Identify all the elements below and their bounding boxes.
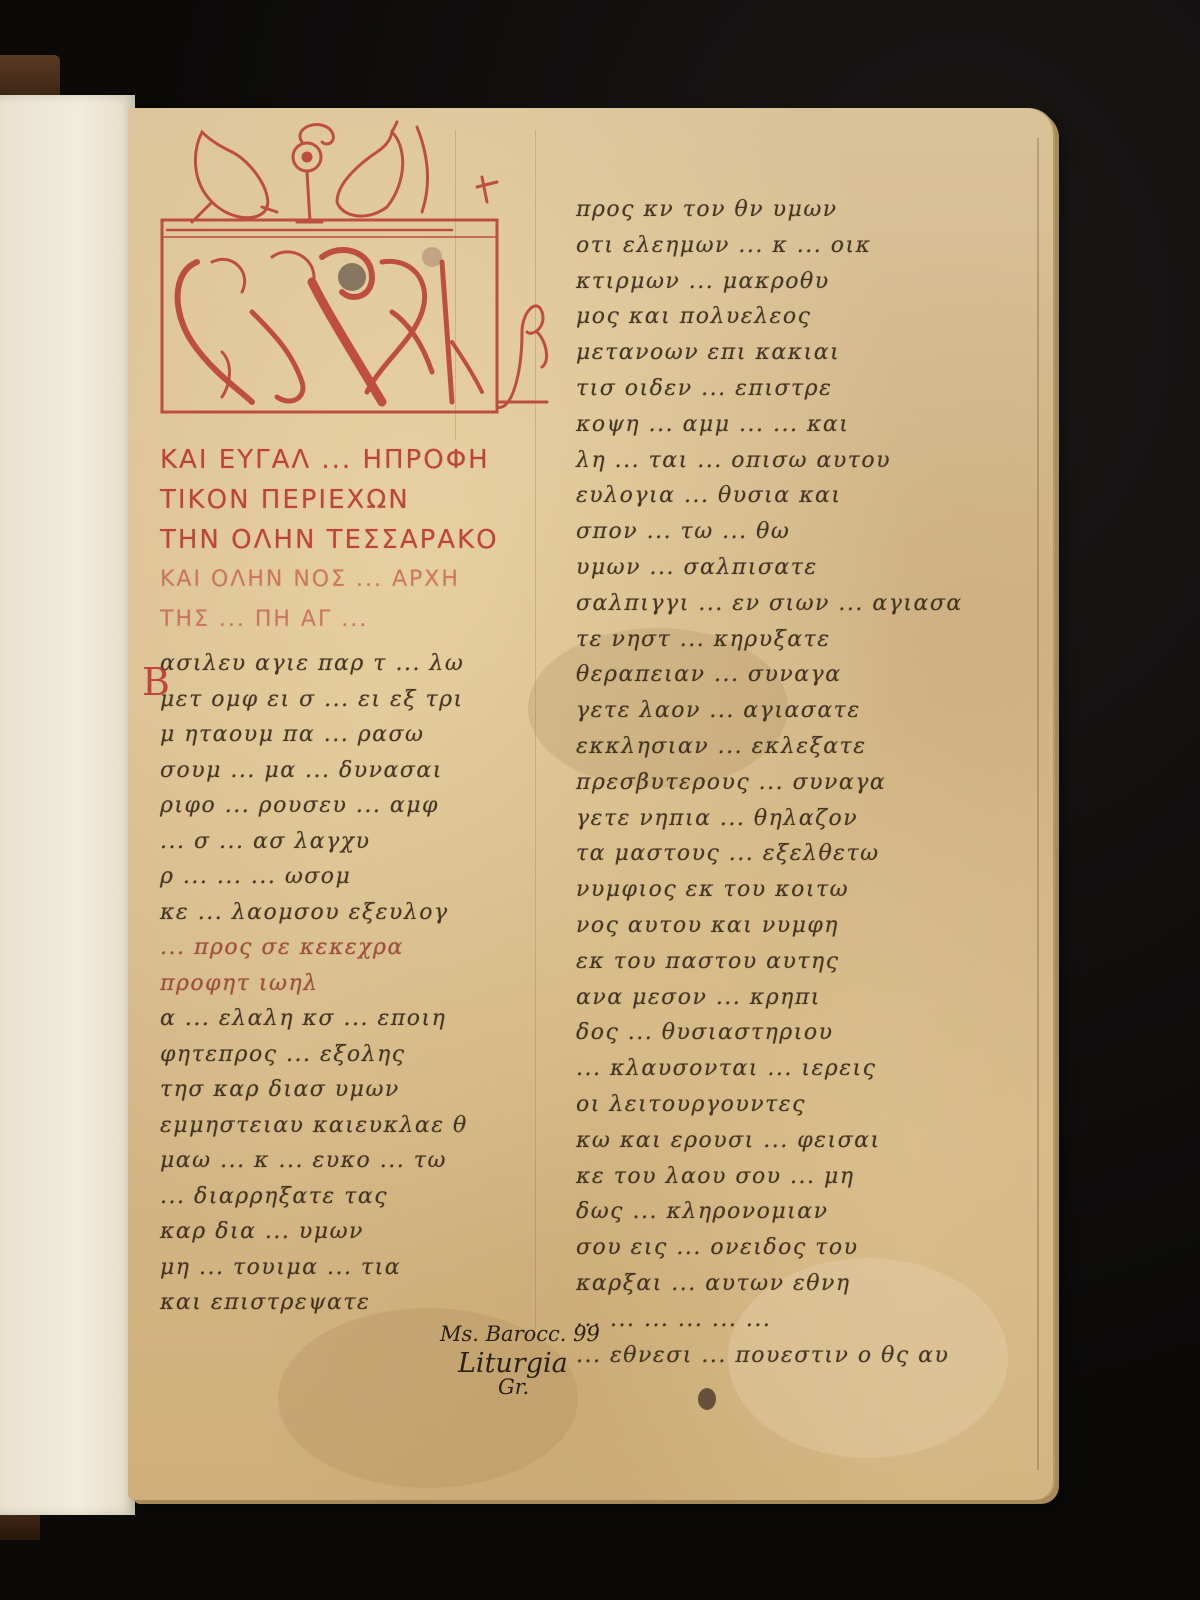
leaf-edge <box>1037 138 1047 1470</box>
rubric-line: ΚΑΙ ΕΥΓΑΛ ... ΗΠΡΟΦΗ <box>160 440 510 480</box>
text-line: δως ... κληρονομιαν <box>576 1194 976 1230</box>
shelfmark-annotation: Ms. Barocc. 99 Liturgia Gr. <box>440 1322 640 1399</box>
shelfmark-language: Gr. <box>498 1375 640 1399</box>
text-line-rubricated: προφητ ιωηλ <box>160 966 510 1002</box>
text-line: ασιλευ αγιε παρ τ ... λω <box>160 646 510 682</box>
text-line: σπον ... τω ... θω <box>576 514 976 550</box>
text-line: ριφο ... ρουσευ ... αμφ <box>160 788 510 824</box>
text-line: μη ... τουιμα ... τια <box>160 1250 510 1286</box>
text-line: μ ηταουμ πα ... ρασω <box>160 717 510 753</box>
text-line: ρ ... ... ... ωσομ <box>160 859 510 895</box>
text-line: μος και πολυελεος <box>576 299 976 335</box>
text-line: μετανοων επι κακιαι <box>576 335 976 371</box>
text-line: φητεπρος ... εξολης <box>160 1037 510 1073</box>
text-line: νος αυτου και νυμφη <box>576 908 976 944</box>
facing-blank-page <box>0 95 135 1515</box>
text-line: α ... ελαλη κσ ... εποιη <box>160 1001 510 1037</box>
text-line: καρ δια ... υμων <box>160 1214 510 1250</box>
text-line: ... σ ... ασ λαγχυ <box>160 824 510 860</box>
book-binding-spine <box>0 55 60 100</box>
text-line: κε του λαου σου ... μη <box>576 1159 976 1195</box>
text-line: λη ... ται ... οπισω αυτου <box>576 443 976 479</box>
headpiece-ornament-icon <box>152 112 552 422</box>
text-line: μαω ... κ ... ευκο ... τω <box>160 1143 510 1179</box>
text-line: ... κλαυσονται ... ιερεις <box>576 1051 976 1087</box>
text-line: σουμ ... μα ... δυνασαι <box>160 753 510 789</box>
rubric-line: ΚΑΙ ΟΛΗΝ ΝΟΣ ... ΑΡΧΗ <box>160 560 510 600</box>
text-line: σαλπιγγι ... εν σιων ... αγιασα <box>576 586 976 622</box>
text-line: πρεσβυτερους ... συναγα <box>576 765 976 801</box>
text-line: γετε νηπια ... θηλαζον <box>576 801 976 837</box>
shelfmark-number: Ms. Barocc. 99 <box>440 1322 640 1346</box>
rubric-line: ΤΗΣ ... ΠΗ ΑΓ ... <box>160 600 510 640</box>
text-line: δος ... θυσιαστηριου <box>576 1015 976 1051</box>
text-line: οτι ελεημων ... κ ... οικ <box>576 228 976 264</box>
text-line: τισ οιδεν ... επιστρε <box>576 371 976 407</box>
text-line: εμμηστειαυ καιευκλαε θ <box>160 1108 510 1144</box>
text-line: ανα μεσον ... κρηπι <box>576 980 976 1016</box>
text-line: τε νηστ ... κηρυξατε <box>576 622 976 658</box>
text-line: σου εις ... ονειδος του <box>576 1230 976 1266</box>
text-line: κε ... λαομσου εξευλογ <box>160 895 510 931</box>
text-line: και επιστρεψατε <box>160 1285 510 1321</box>
text-line: τησ καρ διασ υμων <box>160 1072 510 1108</box>
right-text-column: προς κν τον θν υμων οτι ελεημων ... κ ..… <box>576 192 976 1373</box>
text-line: οι λειτουργουντες <box>576 1087 976 1123</box>
text-line: εκκλησιαν ... εκλεξατε <box>576 729 976 765</box>
text-line: τα μαστους ... εξελθετω <box>576 836 976 872</box>
text-line: γετε λαον ... αγιασατε <box>576 693 976 729</box>
rubric-line: ΤΗΝ ΟΛΗΝ ΤΕΣΣΑΡΑΚΟ <box>160 520 510 560</box>
text-line-rubricated: ... προς σε κεκεχρα <box>160 930 510 966</box>
text-line: θεραπειαν ... συναγα <box>576 657 976 693</box>
text-line: κω και ερουσι ... φεισαι <box>576 1123 976 1159</box>
text-line: εκ του παστου αυτης <box>576 944 976 980</box>
text-line: νυμφιος εκ του κοιτω <box>576 872 976 908</box>
text-line: μετ ομφ ει σ ... ει εξ τρι <box>160 682 510 718</box>
text-line: καρξαι ... αυτων εθνη <box>576 1266 976 1302</box>
left-text-column: ΚΑΙ ΕΥΓΑΛ ... ΗΠΡΟΦΗ ΤΙΚΟΝ ΠΕΡΙΕΧΩΝ ΤΗΝ … <box>160 440 510 1321</box>
ink-blot <box>698 1388 716 1410</box>
illuminated-headpiece <box>152 112 552 422</box>
rubric-line: ΤΙΚΟΝ ΠΕΡΙΕΧΩΝ <box>160 480 510 520</box>
rubricated-initial: Β <box>142 660 170 704</box>
text-line: υμων ... σαλπισατε <box>576 550 976 586</box>
text-line: ... διαρρηξατε τας <box>160 1179 510 1215</box>
text-line: κτιρμων ... μακροθυ <box>576 264 976 300</box>
text-line: κοψη ... αμμ ... ... και <box>576 407 976 443</box>
text-line: ευλογια ... θυσια και <box>576 478 976 514</box>
text-line: προς κν τον θν υμων <box>576 192 976 228</box>
